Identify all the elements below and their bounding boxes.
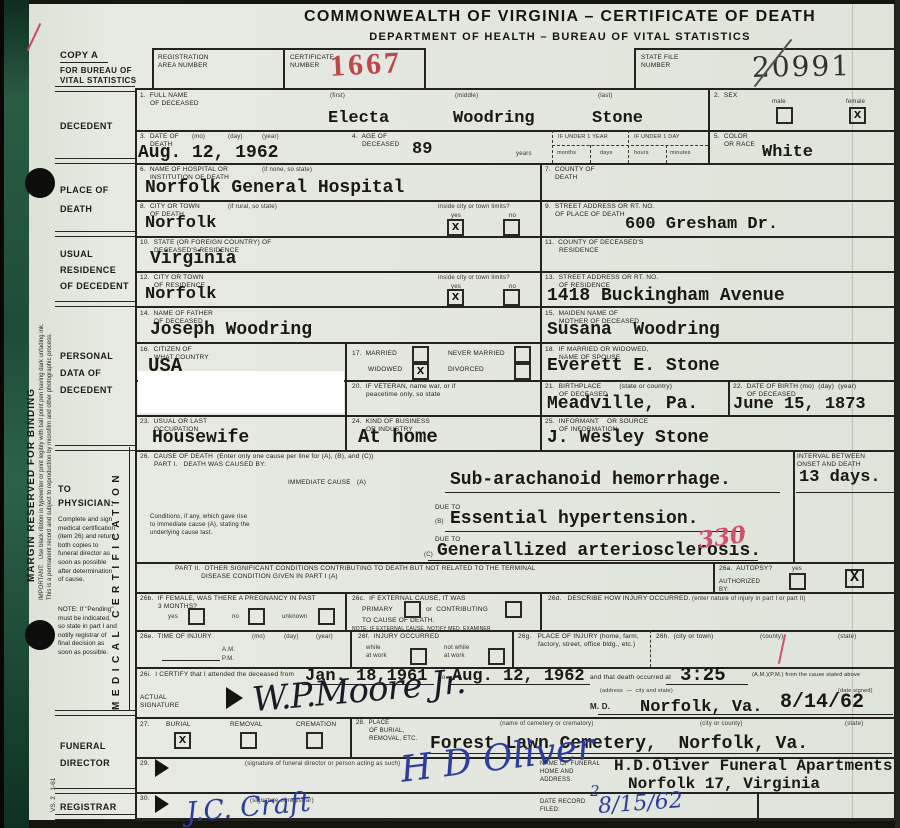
street-residence-value: 1418 Buckingham Avenue — [547, 287, 785, 305]
cremation-checkbox[interactable] — [306, 732, 323, 749]
yes-label: yes — [792, 565, 802, 573]
underline — [598, 714, 893, 715]
form-line — [135, 630, 897, 632]
state-file-number-value: 20991 — [752, 49, 852, 84]
form-line — [757, 792, 759, 818]
copy-a-label: COPY A — [60, 50, 98, 61]
burial-label: BURIAL — [166, 721, 191, 729]
removal-checkbox[interactable] — [240, 732, 257, 749]
field-county-residence-label: 11. COUNTY OF DECEASED'S RESIDENCE — [545, 239, 643, 255]
form-line — [540, 592, 542, 630]
field-fullname-label: 1. FULL NAME OF DECEASED — [140, 92, 199, 108]
time-of-death-value: 3:25 — [680, 666, 726, 685]
part2-label: PART II. OTHER SIGNIFICANT CONDITIONS CO… — [175, 565, 536, 581]
mo-hint: (mo) — [252, 633, 265, 641]
registration-area-number-label: REGISTRATION AREA NUMBER — [158, 54, 209, 70]
sidebar-separator — [55, 158, 135, 164]
form-line — [135, 200, 897, 202]
married-label: 17. MARRIED — [352, 350, 397, 358]
margin-binding-text: MARGIN RESERVED FOR BINDING — [27, 388, 37, 582]
underline — [450, 684, 590, 685]
external-cause-note: NOTE: IF EXTERNAL CAUSE, NOTIFY MED. EXA… — [352, 625, 491, 633]
no-label: no — [232, 613, 239, 621]
punch-hole-bottom — [25, 620, 55, 650]
if-under-1-day-label: IF UNDER 1 DAY — [634, 133, 680, 141]
primary-label: PRIMARY — [362, 606, 393, 614]
divorced-label: DIVORCED — [448, 366, 484, 374]
burial-checkbox[interactable]: x — [174, 732, 191, 749]
year-hint: (year) — [262, 133, 279, 141]
underline — [428, 560, 758, 561]
unknown-label: unknown — [282, 613, 307, 621]
cremation-label: CREMATION — [296, 721, 336, 729]
underline — [796, 492, 895, 493]
rural-hint: (if rural, so state) — [228, 203, 277, 211]
form-line — [135, 717, 897, 719]
pregnancy-unknown-checkbox[interactable] — [318, 608, 335, 625]
city-of-death-value: Norfolk — [145, 215, 216, 232]
state-hint: (state) — [845, 720, 863, 728]
months-label: months — [557, 149, 576, 157]
cause-b-prefix: (B) — [435, 518, 444, 526]
form-line — [135, 236, 897, 238]
conditions-note: Conditions, if any, which gave rise to i… — [150, 513, 250, 537]
field-cause-of-death-label: 26. CAUSE OF DEATH (Enter only one cause… — [140, 453, 374, 469]
form-line — [135, 130, 897, 132]
not-while-at-work-label: not while at work — [444, 644, 469, 660]
funeral-home-label: NAME OF FUNERAL HOME AND ADDRESS. — [540, 760, 600, 784]
while-at-work-checkbox[interactable] — [410, 648, 427, 665]
certificate-subtitle: DEPARTMENT OF HEALTH – BUREAU OF VITAL S… — [200, 31, 900, 43]
state-file-number-label: STATE FILE NUMBER — [641, 54, 679, 70]
field-26h-city-label: 26h. (city or town) — [656, 633, 713, 641]
scan-edge-top — [0, 0, 900, 4]
male-label: male — [772, 98, 786, 106]
field-time-of-injury-label: 26e. TIME OF INJURY — [140, 633, 212, 641]
form-line-dashed — [590, 145, 591, 163]
divorced-checkbox[interactable] — [514, 363, 531, 380]
margin-important-line2: This is a permanent record and subject t… — [47, 333, 53, 600]
underline — [162, 660, 220, 661]
date-of-birth-value: June 15, 1873 — [733, 396, 866, 413]
funeral-director-signature-hint: (signature of funeral director or person… — [245, 760, 400, 768]
sidebar-separator — [55, 231, 135, 237]
attended-to-value: Aug. 12, 1962 — [452, 668, 585, 685]
am-label: A.M. — [222, 646, 235, 654]
form-line-dashed — [628, 130, 629, 163]
form-line — [135, 306, 897, 308]
mother-value: Susana Woodring — [547, 321, 720, 339]
middle-name-value: Woodring — [453, 110, 535, 127]
female-checkbox[interactable]: x — [849, 107, 866, 124]
street-of-death-value: 600 Gresham Dr. — [625, 216, 778, 233]
authorized-by-label: AUTHORIZED BY: — [719, 578, 760, 594]
whiteout-correction — [138, 371, 344, 413]
days-label: days — [600, 149, 612, 157]
sidebar-separator — [55, 445, 135, 451]
box-border — [634, 48, 636, 88]
if-under-1-year-label: IF UNDER 1 YEAR — [558, 133, 608, 141]
male-checkbox[interactable] — [776, 107, 793, 124]
physician-instructions: Complete and sign medical certification … — [58, 516, 116, 585]
state-residence-value: Virginia — [150, 250, 236, 268]
middle-hint: (middle) — [455, 92, 478, 100]
interval-label: INTERVAL BETWEEN ONSET AND DEATH — [797, 453, 865, 469]
certificate-number-stamp: 1667 — [329, 46, 403, 84]
form-line-dashed — [552, 145, 708, 146]
last-name-value: Stone — [592, 110, 643, 127]
primary-checkbox[interactable] — [404, 601, 421, 618]
form-line — [345, 592, 347, 630]
res-limits-yes-checkbox[interactable]: x — [447, 289, 464, 306]
form-border-left — [135, 88, 137, 821]
field-describe-injury-label: 26d. DESCRIBE HOW INJURY OCCURRED. — [548, 595, 690, 603]
underline — [666, 684, 748, 685]
form-line — [713, 562, 715, 592]
sidebar-separator — [55, 301, 135, 307]
pregnancy-yes-checkbox[interactable] — [188, 608, 205, 625]
first-name-value: Electa — [328, 110, 389, 127]
field-veteran-label: 20. IF VETERAN, name war, or if peacetim… — [352, 383, 456, 399]
limits-question: inside city or town limits? — [438, 274, 510, 282]
form-line — [135, 415, 897, 417]
limits-question: inside city or town limits? — [438, 203, 510, 211]
medical-bracket-line — [129, 447, 130, 710]
form-line — [135, 592, 897, 594]
years-label: years — [516, 150, 532, 158]
immediate-cause-label: IMMEDIATE CAUSE (A) — [288, 479, 366, 487]
contributing-label: or CONTRIBUTING — [426, 606, 488, 614]
field-autopsy-label: 26a. AUTOPSY? — [719, 565, 772, 573]
form-line — [793, 450, 795, 562]
margin-important-line1: IMPORTANT: Use black ribbon in typewrite… — [39, 323, 45, 600]
day-hint: (day) — [228, 133, 243, 141]
city-residence-value: Norfolk — [145, 286, 216, 303]
business-value: At home — [358, 428, 438, 447]
certificate-title: COMMONWEALTH OF VIRGINIA – CERTIFICATE O… — [200, 8, 900, 26]
form-line — [728, 380, 730, 415]
birthplace-value: Meadville, Pa. — [547, 395, 698, 413]
certificate-number-label: CERTIFICATE NUMBER — [290, 54, 334, 70]
box-border — [283, 48, 285, 88]
medical-certification-label: MEDICAL CERTIFICATION — [112, 470, 122, 710]
arrow-marker — [155, 795, 169, 813]
while-at-work-label: while at work — [366, 644, 387, 660]
scan-edge-left — [0, 0, 4, 828]
limits-yes-checkbox[interactable]: x — [447, 219, 464, 236]
first-hint: (first) — [330, 92, 345, 100]
form-line-dashed — [666, 145, 667, 163]
field-29-number: 29. — [140, 760, 150, 768]
sidebar-place-of-death: PLACE OF DEATH — [60, 181, 109, 219]
field-color-race-label: 5. COLOR OR RACE — [714, 133, 755, 149]
pending-note: NOTE: If "Pending" must be indicated, so… — [58, 606, 118, 658]
funeral-home-name-value: H.D.Oliver Funeral Apartments — [614, 758, 892, 774]
removal-label: REMOVAL — [230, 721, 263, 729]
field-30-number: 30. — [140, 795, 150, 803]
limits-no-checkbox[interactable] — [503, 219, 520, 236]
field-place-of-burial-label: 28. PLACE OF BURIAL, REMOVAL, ETC. — [356, 719, 418, 743]
form-line — [540, 342, 542, 450]
date-signed-value: 8/14/62 — [780, 693, 864, 713]
field-injury-occurred-label: 26f. INJURY OCCURRED — [358, 633, 439, 641]
form-line — [512, 630, 514, 667]
form-code: VS. 2 1-61 — [50, 778, 57, 812]
informant-value: J. Wesley Stone — [547, 429, 709, 447]
field-27-number: 27. — [140, 721, 150, 729]
hours-label: hours — [634, 149, 649, 157]
hospital-hint: (if none, so state) — [262, 166, 312, 174]
injury-nature-hint: (enter nature of injury in part I or par… — [692, 595, 806, 603]
ampm-cause-label: (A.M.)(P.M.) from the cause stated above — [752, 671, 860, 679]
year-hint: (year) — [316, 633, 333, 641]
yes-label: yes — [168, 613, 178, 621]
autopsy-yes-checkbox[interactable] — [789, 573, 806, 590]
form-line-dashed — [552, 130, 553, 163]
day-hint: (day) — [284, 633, 299, 641]
punch-hole-top — [25, 168, 55, 198]
cause-b-value: Essential hypertension. — [450, 510, 698, 528]
form-border-right — [895, 48, 897, 821]
not-while-at-work-checkbox[interactable] — [488, 648, 505, 665]
field-county-of-death-label: 7. COUNTY OF DEATH — [545, 166, 595, 182]
death-occurred-label: and that death occurred at — [590, 674, 671, 682]
sidebar-personal-data: PERSONAL DATA OF DECEDENT — [60, 348, 113, 399]
form-line — [708, 88, 710, 163]
mo-hint: (mo) — [192, 133, 205, 141]
form-line — [135, 88, 897, 90]
never-married-checkbox[interactable] — [514, 346, 531, 363]
sidebar-decedent: DECEDENT — [60, 117, 113, 135]
form-line — [135, 342, 897, 344]
father-value: Joseph Woodring — [150, 321, 312, 339]
sidebar-separator — [55, 814, 135, 820]
form-line-dashed — [650, 630, 651, 667]
last-hint: (last) — [598, 92, 613, 100]
form-line — [345, 342, 347, 450]
form-line — [135, 450, 897, 452]
sidebar-separator — [55, 86, 135, 92]
female-label: female — [846, 98, 865, 106]
sidebar-separator — [55, 788, 135, 794]
state-hint: (state) — [838, 633, 856, 641]
married-checkbox[interactable] — [412, 346, 429, 363]
county-hint: (county) — [760, 633, 783, 641]
field-pregnancy-label: 26b. IF FEMALE, WAS THERE A PREGNANCY IN… — [140, 595, 316, 611]
form-line — [350, 717, 352, 757]
md-label: M. D. — [590, 703, 610, 711]
hospital-value: Norfolk General Hospital — [145, 179, 404, 197]
divider — [60, 62, 108, 63]
arrow-marker — [155, 759, 169, 777]
pregnancy-no-checkbox[interactable] — [248, 608, 265, 625]
widowed-checkbox[interactable]: x — [412, 363, 429, 380]
form-line — [135, 163, 897, 165]
cause-a-value: Sub-arachanoid hemorrhage. — [450, 471, 731, 489]
cause-c-prefix: (C) — [424, 551, 433, 559]
to-cause-label: TO CAUSE OF DEATH. — [362, 617, 435, 625]
res-limits-no-checkbox[interactable] — [503, 289, 520, 306]
date-of-death-value: Aug. 12, 1962 — [138, 144, 278, 162]
copy-for-label: FOR BUREAU OF VITAL STATISTICS — [60, 66, 136, 86]
death-certificate-scan: MARGIN RESERVED FOR BINDING IMPORTANT: U… — [0, 0, 900, 828]
sidebar-usual-residence: USUAL RESIDENCE OF DECEDENT — [60, 246, 129, 294]
field-age-label: 4. AGE OF DECEASED — [352, 133, 399, 149]
age-value: 89 — [412, 141, 432, 158]
form-line — [135, 562, 897, 564]
autopsy-no-checkbox[interactable]: X — [845, 569, 864, 588]
spouse-value: Everett E. Stone — [547, 357, 720, 375]
sidebar-funeral-director: FUNERAL DIRECTOR — [60, 738, 110, 772]
box-border — [424, 48, 426, 88]
occupation-value: Housewife — [152, 429, 249, 447]
field-sex-label: 2. SEX — [714, 92, 737, 100]
interval-value: 13 days. — [799, 469, 881, 486]
pm-label: P.M. — [222, 655, 234, 663]
widowed-label: WIDOWED — [368, 366, 402, 374]
sidebar-separator — [55, 710, 135, 716]
contributing-checkbox[interactable] — [505, 601, 522, 618]
sidebar-to-physician: TO PHYSICIAN: — [58, 482, 114, 510]
form-line — [350, 630, 352, 667]
date-record-filed-label: DATE RECORD FILED: — [540, 798, 585, 814]
color-race-value: White — [762, 144, 813, 161]
form-line — [540, 163, 542, 342]
arrow-marker — [226, 687, 243, 709]
field-place-of-injury-label: 26g. PLACE OF INJURY (home, farm, factor… — [518, 633, 639, 649]
never-married-label: NEVER MARRIED — [448, 350, 505, 358]
box-border — [152, 48, 154, 88]
scan-edge-bottom — [0, 820, 900, 828]
underline — [445, 492, 780, 493]
address-hint: (address — city and state) — [600, 687, 673, 695]
actual-signature-label: ACTUAL SIGNATURE — [140, 694, 179, 710]
minutes-label: minutes — [670, 149, 691, 157]
city-county-hint: (city or county) — [700, 720, 743, 728]
form-line — [135, 271, 897, 273]
